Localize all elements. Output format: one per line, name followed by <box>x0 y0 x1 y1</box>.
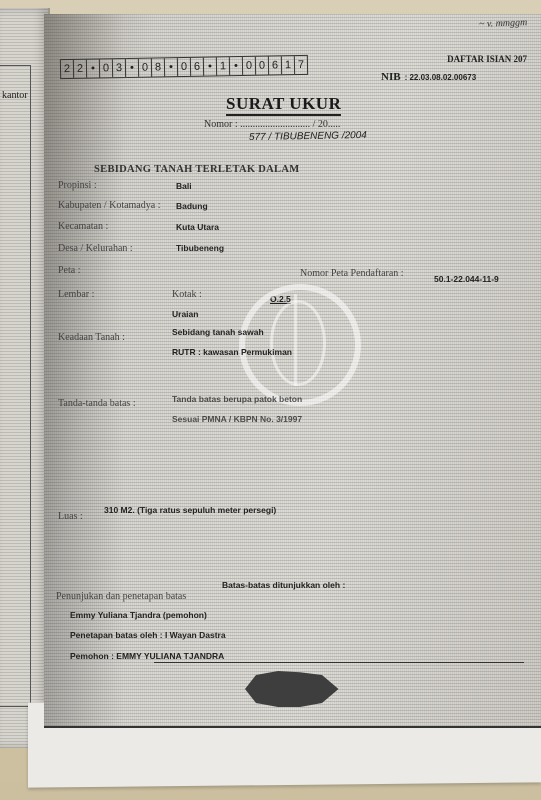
desa-value: Tibubeneng <box>176 243 224 253</box>
kecamatan-label: Kecamatan : <box>58 221 108 232</box>
watermark-seal <box>239 284 361 406</box>
nomor-peta-label: Nomor Peta Pendaftaran : <box>300 268 404 279</box>
digit-box: 0 <box>243 57 256 75</box>
digit-box: 6 <box>191 58 204 76</box>
tanda-batas-value-1: Tanda batas berupa patok beton <box>172 394 302 404</box>
handwritten-note: ~ v. mmggm <box>479 17 528 30</box>
nomor-value: 577 / TIBUBENENG /2004 <box>249 130 367 143</box>
nib: NIB: 22.03.08.02.00673 <box>381 71 476 83</box>
digit-box: 3 <box>113 59 126 77</box>
kabupaten-value: Badung <box>176 201 208 211</box>
luas-value: 310 M2. (Tiga ratus sepuluh meter perseg… <box>104 505 276 515</box>
kecamatan-value: Kuta Utara <box>176 222 219 232</box>
rule-line <box>154 662 524 663</box>
propinsi-value: Bali <box>176 181 192 191</box>
batas-line-2: Penetapan batas oleh : I Wayan Dastra <box>70 630 226 640</box>
form-code: DAFTAR ISIAN 207 <box>447 54 527 64</box>
digit-box: • <box>126 59 139 77</box>
desa-label: Desa / Kelurahan : <box>58 243 133 254</box>
kabupaten-label: Kabupaten / Kotamadya : <box>58 200 160 211</box>
keadaan-tanah-label: Keadaan Tanah : <box>58 332 125 343</box>
digit-box: 1 <box>217 57 230 75</box>
keadaan-uraian: Uraian <box>172 309 198 319</box>
digit-box: 8 <box>152 58 165 76</box>
document-title: SURAT UKUR <box>226 94 341 116</box>
tanda-batas-value-2: Sesuai PMNA / KBPN No. 3/1997 <box>172 414 302 424</box>
batas-label: Penunjukan dan penetapan batas <box>56 591 186 602</box>
lembar-label: Lembar : <box>58 289 94 300</box>
document-page: ~ v. mmggm 22•03•08•06•1•00617 DAFTAR IS… <box>44 14 541 728</box>
digit-box: 1 <box>282 56 295 74</box>
digit-box: • <box>165 58 178 76</box>
digit-box: 7 <box>295 56 307 74</box>
digit-box: • <box>87 59 100 77</box>
luas-label: Luas : <box>58 511 83 522</box>
nomor-label: Nomor : ............................ / 2… <box>204 119 340 130</box>
left-page: kantor <box>0 8 50 748</box>
propinsi-label: Propinsi : <box>58 180 97 191</box>
section-title: SEBIDANG TANAH TERLETAK DALAM <box>94 164 299 175</box>
digit-box: 2 <box>61 60 74 78</box>
digit-box: 0 <box>178 58 191 76</box>
kotak-label: Kotak : <box>172 289 202 300</box>
left-page-frame <box>0 65 31 707</box>
digit-box: 2 <box>74 60 87 78</box>
tanda-batas-label: Tanda-tanda batas : <box>58 398 136 409</box>
official-stamp <box>234 669 344 709</box>
digit-box: 0 <box>139 59 152 77</box>
keadaan-tanah-value-2: RUTR : kawasan Permukiman <box>172 347 292 357</box>
left-page-label: kantor <box>2 90 28 101</box>
batas-line-1: Emmy Yuliana Tjandra (pemohon) <box>70 610 207 620</box>
digit-box: • <box>204 57 217 75</box>
nib-label: NIB <box>381 71 401 83</box>
digit-box: 0 <box>100 59 113 77</box>
peta-label: Peta : <box>58 265 81 276</box>
digit-box: 0 <box>256 57 269 75</box>
batas-line-3: Pemohon : EMMY YULIANA TJANDRA <box>70 651 224 661</box>
nomor-peta-value: 50.1-22.044-11-9 <box>434 274 499 284</box>
digit-box: 6 <box>269 56 282 74</box>
batas-header: Batas-batas ditunjukkan oleh : <box>222 580 345 590</box>
registration-digit-boxes: 22•03•08•06•1•00617 <box>60 55 308 79</box>
digit-box: • <box>230 57 243 75</box>
keadaan-tanah-value-1: Sebidang tanah sawah <box>172 327 264 337</box>
nib-value: : 22.03.08.02.00673 <box>405 73 477 82</box>
